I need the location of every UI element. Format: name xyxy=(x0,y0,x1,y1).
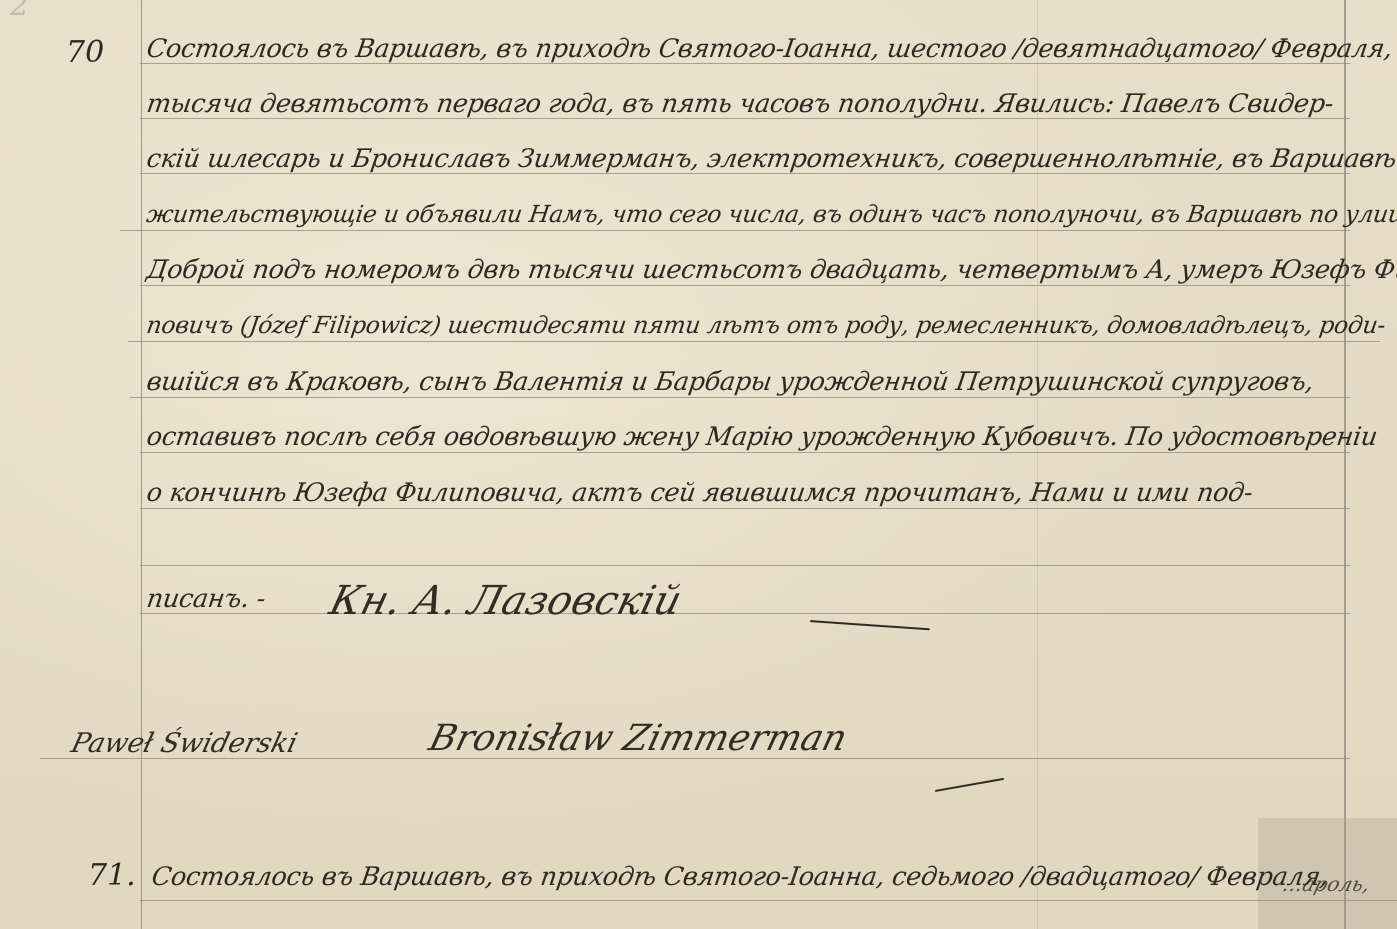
ruled-line xyxy=(140,900,1397,901)
record-line: тысяча девятьсотъ перваго года, въ пять … xyxy=(145,92,1344,118)
record-line: вшійся въ Краковѣ, сынъ Валентія и Барба… xyxy=(145,370,1344,396)
record-line: оставивъ послѣ себя овдовѣвшую жену Марі… xyxy=(145,425,1344,451)
witness-signature-left: Paweł Świderski xyxy=(68,728,300,759)
entry-number: 70 xyxy=(66,35,104,70)
entry-number: 71. xyxy=(88,858,136,893)
margin-fragment: …ароль, xyxy=(1280,872,1373,896)
ruled-line xyxy=(130,397,1350,398)
record-line: Состоялось въ Варшавѣ, въ приходѣ Святог… xyxy=(145,37,1344,63)
ruled-line xyxy=(120,230,1350,231)
ruled-line xyxy=(140,285,1350,286)
record-line: Состоялось въ Варшавѣ, въ приходѣ Святог… xyxy=(150,865,1349,891)
record-line: повичъ (Józef Filipowicz) шестидесяти пя… xyxy=(145,314,1343,338)
record-line: жительствующіе и объявили Намъ, что сего… xyxy=(145,203,1343,227)
record-line: скій шлесарь и Брониславъ Зиммерманъ, эл… xyxy=(145,147,1344,173)
witness-signature-right: Bronisław Zimmerman xyxy=(425,718,851,759)
left-margin-rule xyxy=(141,0,142,929)
official-signature: Кн. А. Лазовскій xyxy=(325,578,686,624)
ruled-line xyxy=(128,341,1380,342)
signature-flourish xyxy=(810,620,930,630)
ruled-line xyxy=(140,565,1350,566)
ruled-line xyxy=(140,452,1350,453)
ruled-line xyxy=(140,613,1350,614)
ruled-line xyxy=(140,508,1350,509)
record-line: о кончинѣ Юзефа Филиповича, актъ сей яви… xyxy=(145,481,1344,507)
faint-vertical-rule xyxy=(1037,0,1038,929)
right-margin-rule xyxy=(1344,0,1346,929)
record-line: Доброй подъ номеромъ двѣ тысячи шестьсот… xyxy=(145,258,1344,284)
record-line: писанъ. - xyxy=(145,587,349,613)
document-page: 2 70 Состоялось въ Варшавѣ, въ приходѣ С… xyxy=(0,0,1397,929)
corner-mark: 2 xyxy=(10,0,29,23)
signature-flourish xyxy=(935,778,1004,792)
